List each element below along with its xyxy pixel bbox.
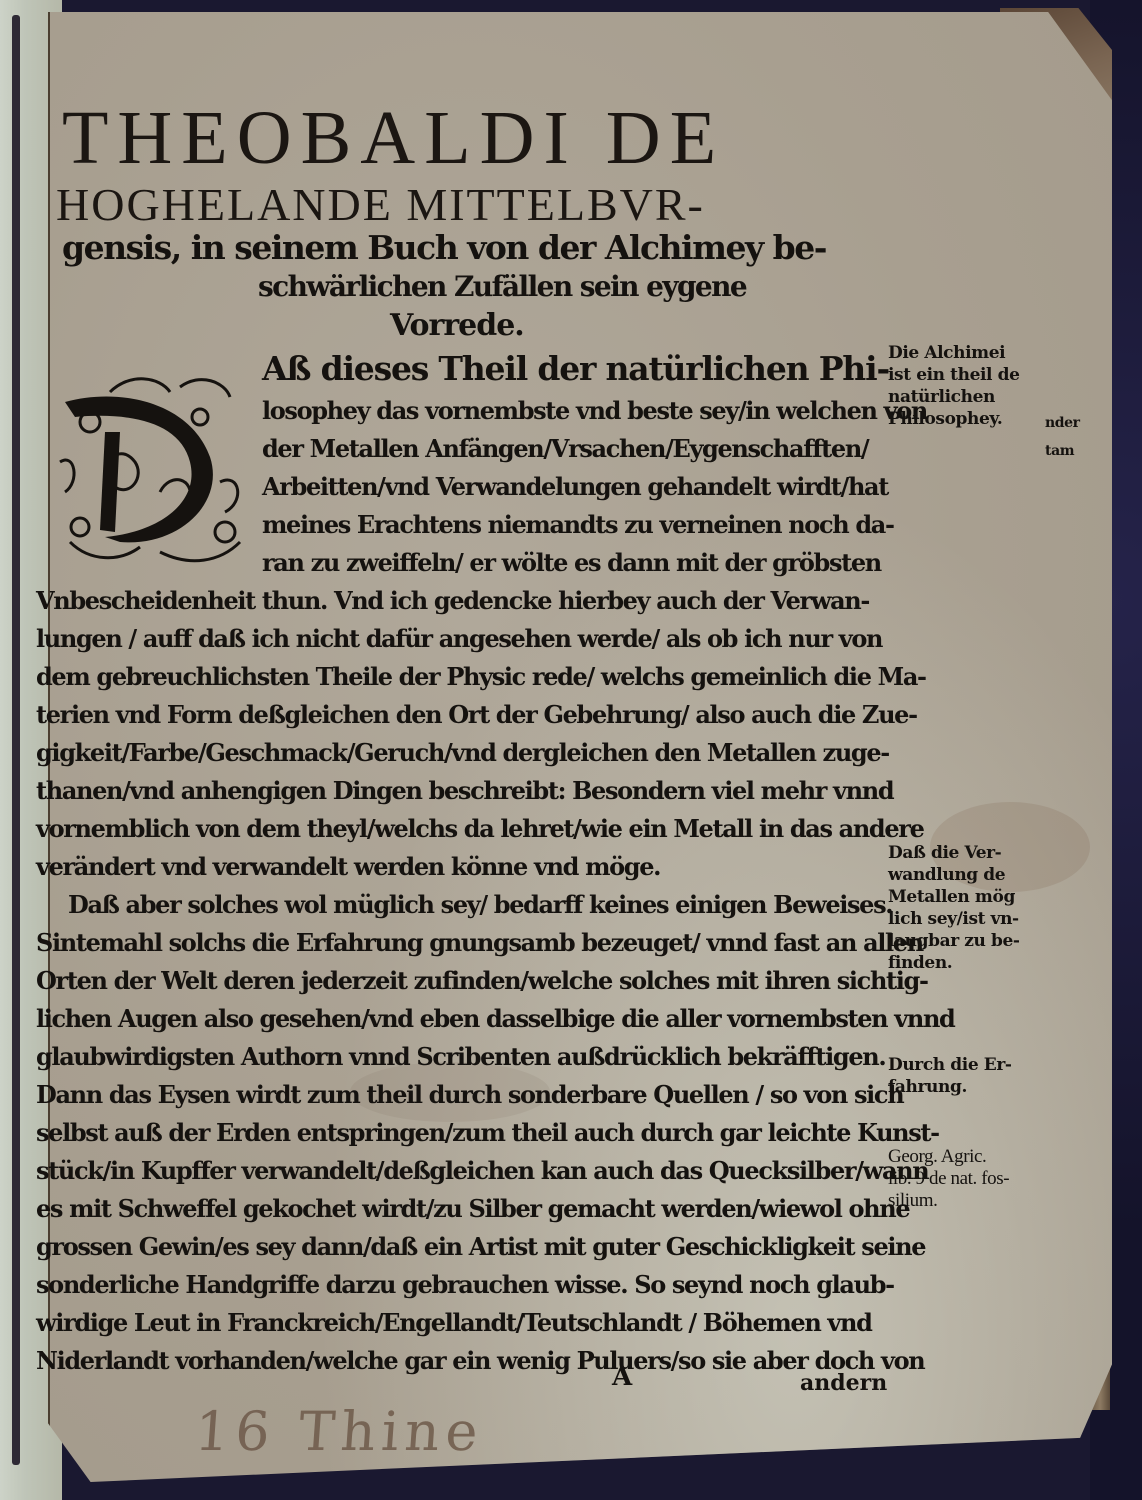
body-line: Arbeitten/vnd Verwandelungen gehandelt w… <box>262 472 888 502</box>
binding-gutter <box>12 15 20 1465</box>
margin-note-line: nder <box>1045 412 1080 434</box>
body-line: meines Erachtens niemandts zu verneinen … <box>262 510 894 540</box>
body-line: stück/in Kupffer verwandelt/deßgleichen … <box>36 1156 928 1186</box>
body-line: Orten der Welt deren jederzeit zufinden/… <box>36 966 928 996</box>
handwritten-inscription: 16 Thine <box>193 1400 486 1463</box>
body-line: Niderlandt vorhanden/welche gar ein weni… <box>36 1346 924 1376</box>
margin-note-line: finden. <box>888 952 952 974</box>
margin-note-line: fahrung. <box>888 1076 967 1098</box>
margin-note-line: Metallen mög <box>888 886 1015 908</box>
body-line: terien vnd Form deßgleichen den Ort der … <box>36 700 917 730</box>
margin-note-line: Die Alchimei <box>888 342 1005 364</box>
body-line: Aß dieses Theil der natürlichen Phi- <box>262 354 889 384</box>
margin-note-line: Durch die Er- <box>888 1054 1012 1076</box>
body-line: vornemblich von dem theyl/welchs da lehr… <box>36 814 924 844</box>
margin-note-line: natürlichen <box>888 386 995 408</box>
margin-note-line: Daß die Ver- <box>888 842 1001 864</box>
body-line: Vnbescheidenheit thun. Vnd ich gedencke … <box>36 586 869 616</box>
body-line: dem gebreuchlichsten Theile der Physic r… <box>36 662 926 692</box>
body-line: wirdige Leut in Franckreich/Engellandt/T… <box>36 1308 872 1338</box>
margin-note-line: silium. <box>888 1190 937 1212</box>
body-line: thanen/vnd anhengigen Dingen beschreibt:… <box>36 776 893 806</box>
body-line: Dann das Eysen wirdt zum theil durch son… <box>36 1080 903 1110</box>
margin-note-line: wandlung de <box>888 864 1005 886</box>
body-line: lungen / auff daß ich nicht dafür angese… <box>36 624 882 654</box>
body-line: grossen Gewin/es sey dann/daß ein Artist… <box>36 1232 925 1262</box>
body-line: verändert vnd verwandelt werden könne vn… <box>36 852 660 882</box>
body-line: gigkeit/Farbe/Geschmack/Geruch/vnd dergl… <box>36 738 889 768</box>
body-line: der Metallen Anfängen/Vrsachen/Eygenscha… <box>262 434 868 464</box>
body-line: Daß aber solches wol müglich sey/ bedarf… <box>68 890 892 920</box>
body-line: glaubwirdigsten Authorn vnnd Scribenten … <box>36 1042 885 1072</box>
ornamental-initial-D-icon <box>50 362 250 572</box>
signature-mark: A <box>612 1362 632 1392</box>
margin-note-line: lib. 9 de nat. fos- <box>888 1168 1009 1190</box>
body-line: es mit Schweffel gekochet wirdt/zu Silbe… <box>36 1194 909 1224</box>
margin-note-line: ist ein theil de <box>888 364 1020 386</box>
title-line-5: Vorrede. <box>390 308 524 343</box>
title-line-4: schwärlichen Zufällen sein eygene <box>258 270 746 303</box>
body-line: lichen Augen also gesehen/vnd eben dasse… <box>36 1004 954 1034</box>
body-line: losophey das vornembste vnd beste sey/in… <box>262 396 927 426</box>
margin-note-line: laugbar zu be- <box>888 930 1020 952</box>
body-line: ran zu zweiffeln/ er wölte es dann mit d… <box>262 548 881 578</box>
catchword: andern <box>800 1370 887 1396</box>
title-line-2: HOGHELANDE MITTELBVR- <box>56 180 886 230</box>
margin-note-line: Georg. Agric. <box>888 1146 986 1168</box>
title-line-3: gensis, in seinem Buch von der Alchimey … <box>62 228 826 267</box>
body-line: selbst auß der Erden entspringen/zum the… <box>36 1118 939 1148</box>
margin-note-line: lich sey/ist vn- <box>888 908 1019 930</box>
body-line: Sintemahl solchs die Erfahrung gnungsamb… <box>36 928 923 958</box>
body-line: sonderliche Handgriffe darzu gebrauchen … <box>36 1270 894 1300</box>
margin-note-line: Philosophey. <box>888 408 1002 430</box>
title-line-1: THEOBALDI DE <box>62 98 882 178</box>
margin-note-line: tam <box>1045 440 1074 462</box>
